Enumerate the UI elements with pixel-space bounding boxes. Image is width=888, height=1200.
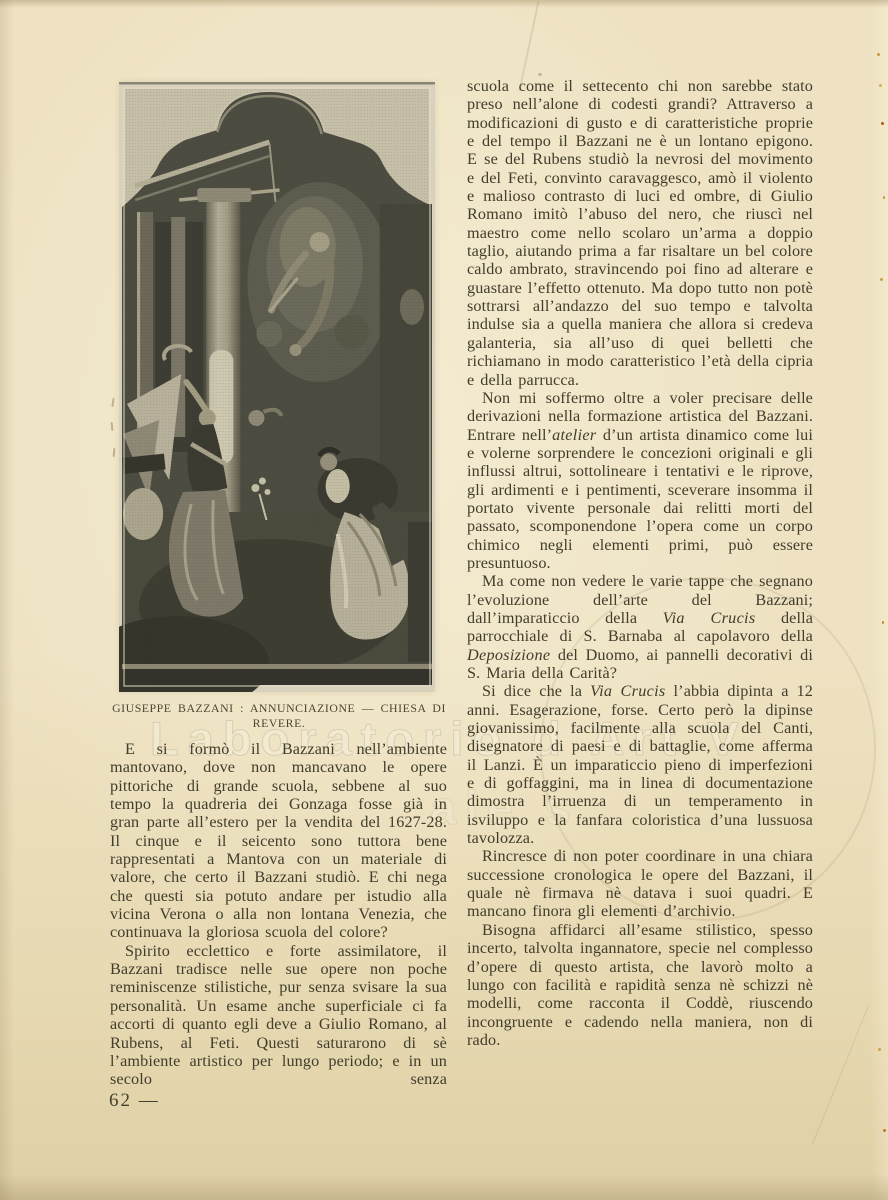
italic-text-run: Deposizione	[467, 646, 550, 664]
paper-speck	[880, 278, 883, 281]
paper-speck	[879, 84, 882, 87]
text-run: Rincresce di non poter coordinare in una…	[467, 847, 813, 920]
paper-speck	[881, 122, 884, 125]
paragraph: Si dice che la Via Crucis l’abbia dipint…	[467, 682, 813, 847]
italic-text-run: atelier	[552, 426, 596, 444]
text-run: scuola come il settecento chi non sarebb…	[467, 77, 813, 389]
italic-text-run: Via Crucis	[663, 609, 756, 627]
text-run: Bisogna affidarci all’esame stilistico, …	[467, 921, 813, 1049]
annunciation-painting-image	[119, 82, 435, 692]
paragraph: Non mi soffermo oltre a voler precisare …	[467, 389, 813, 572]
page-number: 62 —	[109, 1090, 160, 1112]
paragraph: Rincresce di non poter coordinare in una…	[467, 847, 813, 920]
italic-text-run: Via Crucis	[590, 682, 665, 700]
book-page: Laboratorio d Art V ale s	[0, 0, 888, 1200]
left-text-column: E si formò il Bazzani nell’ambiente mant…	[110, 740, 447, 1089]
paragraph: Spirito ecclettico e forte assimilatore,…	[110, 942, 447, 1089]
paper-speck	[882, 621, 884, 624]
text-run: d’un artista dinamico come lui e volerne…	[467, 426, 813, 572]
paper-speck	[877, 53, 880, 56]
paper-speck	[883, 1129, 886, 1132]
paper-speck	[878, 1048, 881, 1051]
margin-pencil-mark	[111, 398, 114, 407]
text-run: Si dice che la	[482, 682, 590, 700]
paragraph: Bisogna affidarci all’esame stilistico, …	[467, 921, 813, 1049]
paragraph: E si formò il Bazzani nell’ambiente mant…	[110, 740, 447, 942]
margin-pencil-mark	[113, 448, 115, 457]
annunciation-plate	[119, 82, 435, 692]
book-page-scan: { "page": { "number": "62 —" }, "figure"…	[0, 0, 888, 1200]
paper-speck	[883, 196, 885, 199]
figure-caption: GIUSEPPE BAZZANI : ANNUNCIAZIONE — CHIES…	[110, 701, 448, 731]
text-run: Spirito ecclettico e forte assimilatore,…	[110, 942, 447, 1088]
paper-crease	[812, 1005, 869, 1145]
text-run: l’abbia dipinta a 12 anni. Esagerazione,…	[467, 682, 813, 847]
right-text-column: scuola come il settecento chi non sarebb…	[467, 77, 813, 1049]
paper-smudge	[538, 73, 542, 76]
text-run: E si formò il Bazzani nell’ambiente mant…	[110, 740, 447, 941]
paragraph: scuola come il settecento chi non sarebb…	[467, 77, 813, 389]
paragraph: Ma come non vedere le varie tappe che se…	[467, 572, 813, 682]
margin-pencil-mark	[111, 422, 114, 431]
